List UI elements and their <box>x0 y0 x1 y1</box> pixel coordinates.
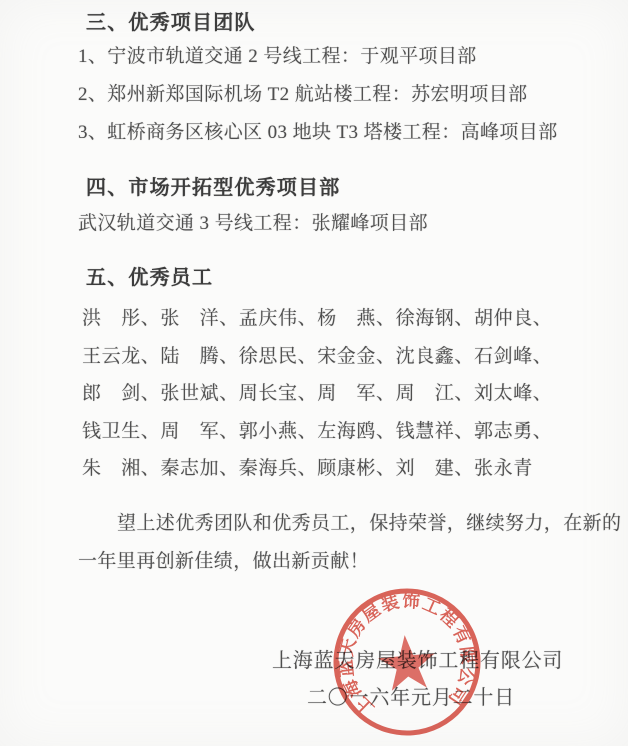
market-item-1: 武汉轨道交通 3 号线工程：张耀峰项目部 <box>78 213 428 235</box>
company-seal: 上海蓝天房屋装饰工程有限公司 <box>321 576 492 746</box>
closing-paragraph-line-2: 一年里再创新佳绩，做出新贡献！ <box>78 551 369 573</box>
team-item-2: 2、郑州新郑国际机场 T2 航站楼工程：苏宏明项目部 <box>78 84 528 106</box>
star-icon <box>376 633 438 692</box>
closing-paragraph-line-1: 望上述优秀团队和优秀员工，保持荣誉，继续努力，在新的 <box>117 513 621 535</box>
employee-name-row-3: 郎 剑、张世斌、周长宝、周 军、周 江、刘太峰、 <box>82 383 552 405</box>
employee-name-row-1: 洪 彤、张 洋、孟庆伟、杨 燕、徐海钢、胡仲良、 <box>82 308 552 330</box>
employee-name-row-4: 钱卫生、周 军、郭小燕、左海鸥、钱慧祥、郭志勇、 <box>82 421 552 443</box>
team-item-3: 3、虹桥商务区核心区 03 地块 T3 塔楼工程：高峰项目部 <box>78 122 558 144</box>
section-employees-heading: 五、优秀员工 <box>86 267 213 289</box>
section-team-heading: 三、优秀项目团队 <box>86 12 256 34</box>
section-market-heading: 四、市场开拓型优秀项目部 <box>86 177 340 199</box>
employee-name-row-2: 王云龙、陆 腾、徐思民、宋金金、沈良鑫、石剑峰、 <box>82 346 552 368</box>
team-item-1: 1、宁波市轨道交通 2 号线工程：于观平项目部 <box>78 46 477 68</box>
document-page: 三、优秀项目团队 1、宁波市轨道交通 2 号线工程：于观平项目部 2、郑州新郑国… <box>0 0 628 746</box>
employee-name-row-5: 朱 湘、秦志加、秦海兵、顾康彬、刘 建、张永青 <box>82 458 533 480</box>
